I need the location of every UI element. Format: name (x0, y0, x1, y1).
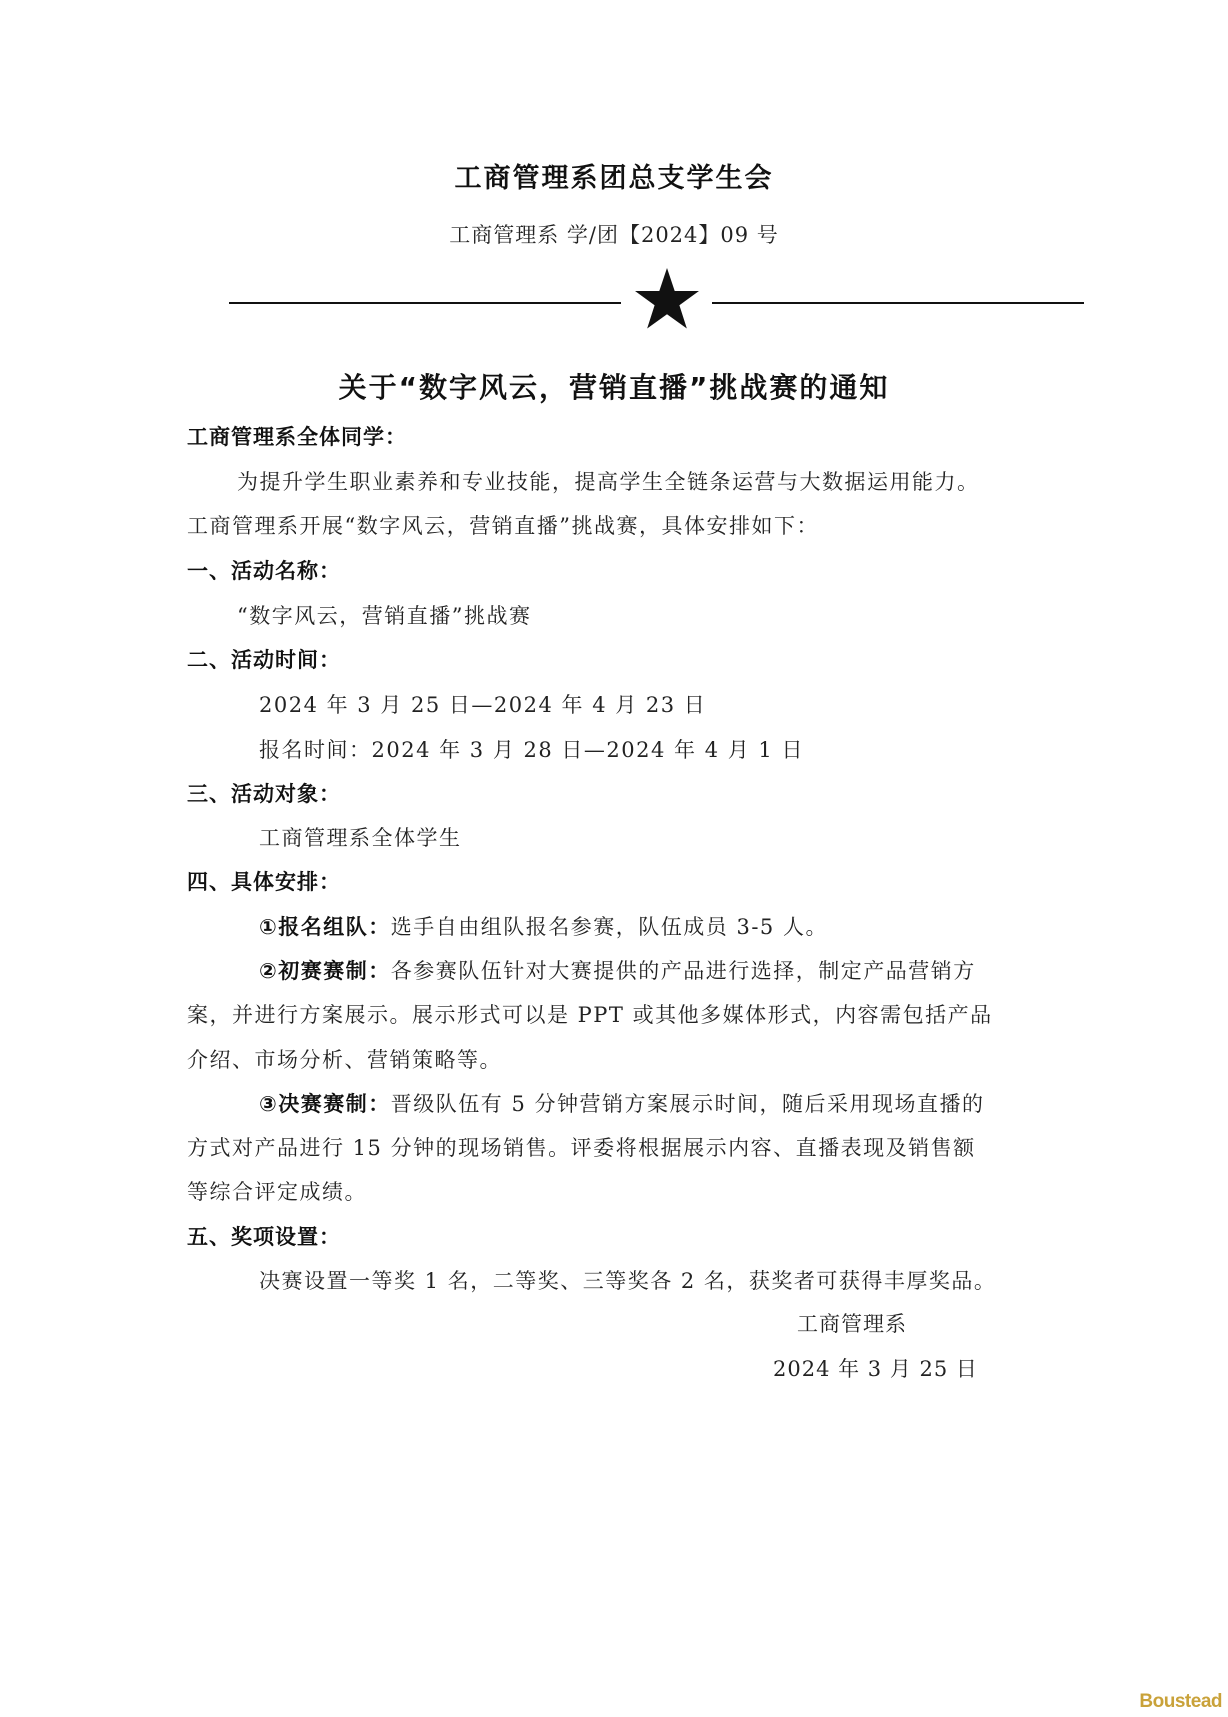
section-heading-awards: 五、奖项设置： (187, 1221, 341, 1251)
salutation: 工商管理系全体同学： (187, 421, 407, 451)
organization-title: 工商管理系团总支学生会 (0, 156, 1228, 195)
activity-period: 2024 年 3 月 25 日—2024 年 4 月 23 日 (259, 689, 706, 719)
arrangement-item-1: ①报名组队：选手自由组队报名参赛，队伍成员 3-5 人。 (259, 911, 828, 941)
arrangement-item-2-cont: 介绍、市场分析、营销策略等。 (187, 1044, 502, 1074)
arrangement-item-3-cont: 等综合评定成绩。 (187, 1176, 367, 1206)
item-text: 各参赛队伍针对大赛提供的产品进行选择，制定产品营销方 (391, 959, 976, 983)
target-audience: 工商管理系全体学生 (259, 822, 462, 852)
item-text: 晋级队伍有 5 分钟营销方案展示时间，随后采用现场直播的 (391, 1092, 985, 1116)
divider-line-right (712, 302, 1084, 304)
section-heading-arrangement: 四、具体安排： (187, 866, 341, 896)
item-text: 选手自由组队报名参赛，队伍成员 3-5 人。 (391, 915, 828, 939)
section-heading-name: 一、活动名称： (187, 555, 341, 585)
signature-date: 2024 年 3 月 25 日 (773, 1353, 978, 1383)
registration-period: 报名时间：2024 年 3 月 28 日—2024 年 4 月 1 日 (259, 734, 804, 764)
item-lead: ②初赛赛制： (259, 959, 391, 983)
activity-name: “数字风云，营销直播”挑战赛 (237, 600, 531, 630)
star-icon (632, 268, 702, 330)
section-heading-audience: 三、活动对象： (187, 778, 341, 808)
intro-line-1: 为提升学生职业素养和专业技能，提高学生全链条运营与大数据运用能力。 (237, 466, 980, 496)
document-number: 工商管理系 学/团【2024】09 号 (0, 219, 1228, 249)
item-lead: ①报名组队： (259, 915, 391, 939)
arrangement-item-2: ②初赛赛制：各参赛队伍针对大赛提供的产品进行选择，制定产品营销方 (259, 955, 976, 985)
watermark-logo: Boustead (1139, 1691, 1222, 1713)
item-lead: ③决赛赛制： (259, 1092, 391, 1116)
arrangement-item-3-cont: 方式对产品进行 15 分钟的现场销售。评委将根据展示内容、直播表现及销售额 (187, 1132, 976, 1162)
intro-line-2: 工商管理系开展“数字风云，营销直播”挑战赛，具体安排如下： (187, 510, 819, 540)
awards-description: 决赛设置一等奖 1 名，二等奖、三等奖各 2 名，获奖者可获得丰厚奖品。 (259, 1265, 996, 1295)
signature-department: 工商管理系 (797, 1308, 907, 1338)
section-heading-time: 二、活动时间： (187, 644, 341, 674)
arrangement-item-3: ③决赛赛制：晋级队伍有 5 分钟营销方案展示时间，随后采用现场直播的 (259, 1088, 985, 1118)
divider-line-left (229, 302, 621, 304)
notice-title: 关于“数字风云，营销直播”挑战赛的通知 (0, 366, 1228, 406)
arrangement-item-2-cont: 案，并进行方案展示。展示形式可以是 PPT 或其他多媒体形式，内容需包括产品 (187, 999, 993, 1029)
